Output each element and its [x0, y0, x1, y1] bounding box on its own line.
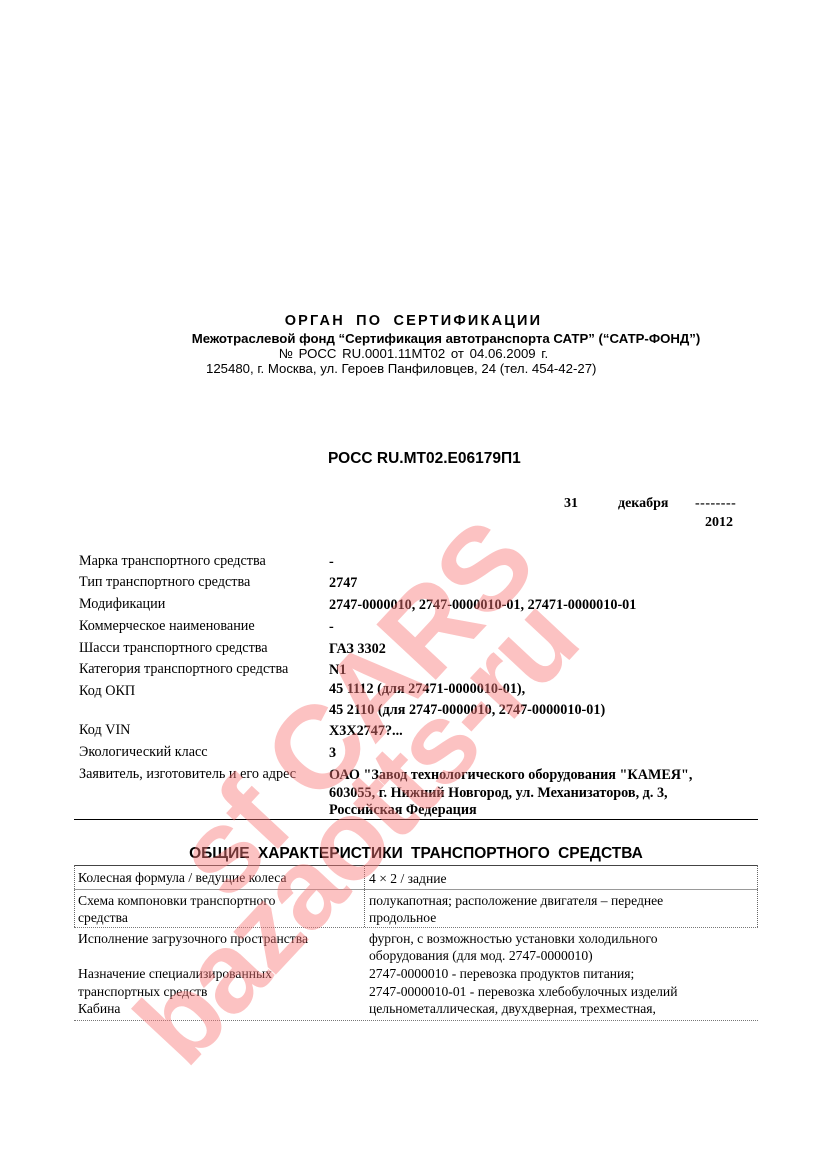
spec-value-brand: - — [329, 553, 334, 571]
table-bottom-border — [74, 1020, 758, 1021]
char-label-wheel-formula: Колесная формула / ведущие колеса — [78, 869, 287, 887]
spec-value-modifications: 2747-0000010, 2747-0000010-01, 27471-000… — [329, 596, 636, 614]
spec-label-commercial-name: Коммерческое наименование — [79, 618, 255, 635]
table-right-border — [757, 865, 758, 927]
certification-body-registration: № РОСС RU.0001.11МТ02 от 04.06.2009 г. — [0, 346, 827, 361]
date-month: декабря — [618, 496, 669, 512]
char-value-wheel-formula: 4 × 2 / задние — [369, 870, 447, 888]
spec-value-type: 2747 — [329, 574, 357, 592]
characteristics-title: ОБЩИЕ ХАРАКТЕРИСТИКИ ТРАНСПОРТНОГО СРЕДС… — [0, 845, 827, 863]
spec-label-applicant: Заявитель, изготовитель и его адрес — [79, 766, 296, 783]
table-row-divider — [74, 927, 758, 928]
char-value-layout-line2: продольное — [369, 909, 436, 927]
spec-value-okp-code-line2: 45 2110 (для 2747-0000010, 2747-0000010-… — [329, 701, 605, 719]
char-label-cargo-space: Исполнение загрузочного пространства — [78, 930, 308, 948]
spec-value-applicant-line2: 603055, г. Нижний Новгород, ул. Механиза… — [329, 784, 668, 802]
certificate-page: ОРГАН ПО СЕРТИФИКАЦИИ Межотраслевой фонд… — [0, 0, 827, 1170]
certification-body-address: 125480, г. Москва, ул. Героев Панфиловце… — [206, 361, 596, 376]
char-label-cabin: Кабина — [78, 1000, 120, 1018]
spec-label-eco-class: Экологический класс — [79, 744, 208, 761]
table-row-divider — [74, 889, 758, 890]
certification-body-title: ОРГАН ПО СЕРТИФИКАЦИИ — [0, 313, 827, 329]
spec-label-vin: Код VIN — [79, 722, 130, 739]
table-top-border — [74, 865, 758, 866]
spec-label-type: Тип транспортного средства — [79, 574, 250, 591]
spec-label-okp-code: Код ОКП — [79, 683, 135, 700]
char-value-cabin: цельнометаллическая, двухдверная, трехме… — [369, 1000, 656, 1018]
spec-value-eco-class: 3 — [329, 744, 336, 762]
spec-value-category: N1 — [329, 661, 346, 679]
spec-label-brand: Марка транспортного средства — [79, 553, 266, 570]
spec-value-commercial-name: - — [329, 618, 334, 636]
spec-value-chassis: ГАЗ 3302 — [329, 640, 386, 658]
section-divider — [74, 819, 758, 820]
spec-label-category: Категория транспортного средства — [79, 661, 288, 678]
date-year: 2012 — [705, 515, 733, 531]
spec-value-applicant-line3: Российская Федерация — [329, 801, 477, 819]
char-label-layout-line1: Схема компоновки транспортного — [78, 892, 275, 910]
certification-body-name: Межотраслевой фонд “Сертификация автотра… — [0, 331, 827, 346]
char-value-purpose-line1: 2747-0000010 - перевозка продуктов питан… — [369, 965, 634, 983]
spec-label-modifications: Модификации — [79, 596, 165, 613]
certificate-number: РОСС RU.МТ02.Е06179П1 — [328, 450, 521, 468]
spec-value-vin: X3X2747?... — [329, 722, 403, 740]
spec-label-chassis: Шасси транспортного средства — [79, 640, 268, 657]
char-value-cargo-space-line1: фургон, с возможностью установки холодил… — [369, 930, 658, 948]
char-value-purpose-line2: 2747-0000010-01 - перевозка хлебобулочны… — [369, 983, 677, 1001]
char-value-layout-line1: полукапотная; расположение двигателя – п… — [369, 892, 663, 910]
table-column-divider — [364, 865, 365, 927]
spec-value-okp-code-line1: 45 1112 (для 27471-0000010-01), — [329, 680, 525, 698]
char-label-purpose-line2: транспортных средств — [78, 983, 207, 1001]
date-dashes: -------- — [695, 496, 736, 512]
date-day: 31 — [564, 496, 578, 512]
char-label-layout-line2: средства — [78, 909, 128, 927]
table-left-border — [74, 865, 75, 927]
char-label-purpose-line1: Назначение специализированных — [78, 965, 272, 983]
char-value-cargo-space-line2: оборудования (для мод. 2747-0000010) — [369, 947, 593, 965]
spec-value-applicant-line1: ОАО "Завод технологического оборудования… — [329, 766, 692, 784]
